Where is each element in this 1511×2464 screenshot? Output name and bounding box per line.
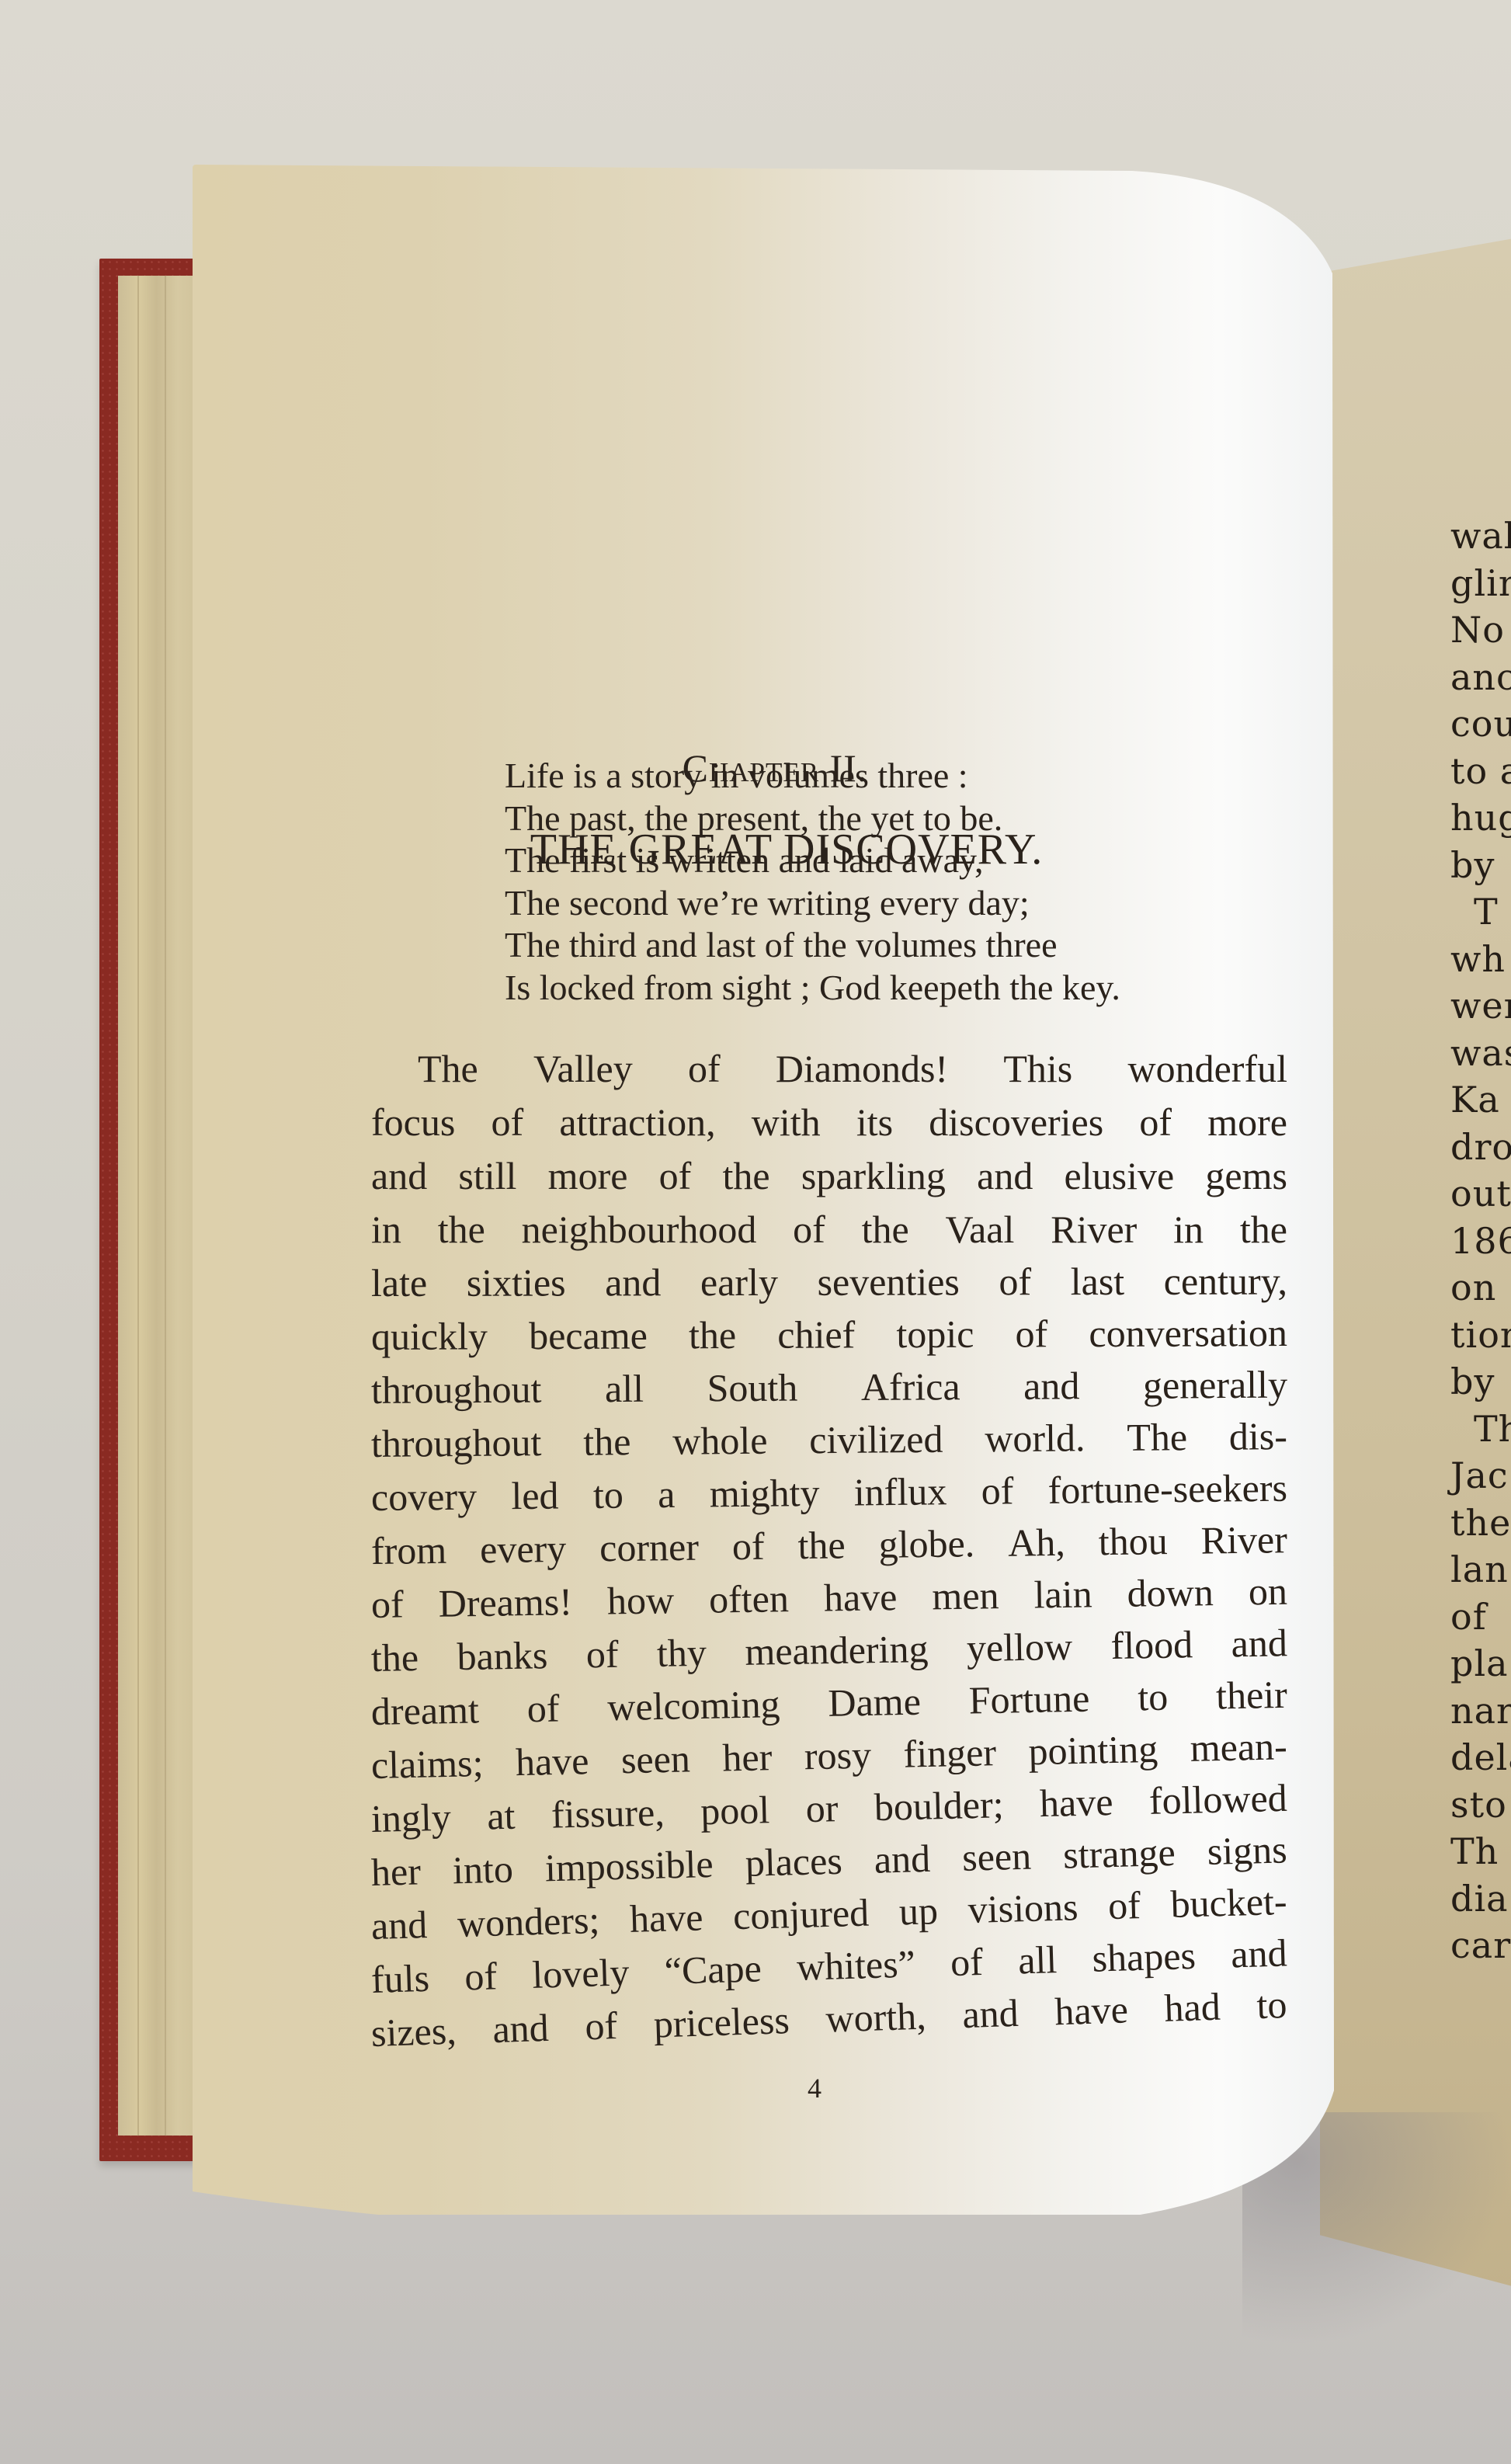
word: from (371, 1524, 447, 1578)
word: rosy (804, 1729, 872, 1784)
word: to (1256, 1978, 1287, 2032)
word: up (898, 1884, 939, 1938)
body-line: latesixtiesandearlyseventiesoflastcentur… (371, 1255, 1287, 1310)
right-page-line-fragment: Th (1450, 1828, 1511, 1875)
word: at (487, 1789, 516, 1844)
right-page-line-fragment: T (1450, 888, 1511, 936)
right-page-line-fragment: sto (1450, 1781, 1511, 1829)
page-number: 4 (808, 2072, 821, 2104)
word: lain (1033, 1567, 1092, 1621)
word: often (709, 1572, 790, 1626)
word: yellow (966, 1620, 1072, 1675)
word: have (515, 1734, 589, 1789)
word: in (371, 1203, 401, 1256)
word: fissure, (551, 1785, 665, 1841)
word: seventies (817, 1255, 959, 1308)
word: and (977, 1149, 1033, 1203)
word: Fortune (968, 1672, 1090, 1728)
word: wonders; (457, 1893, 600, 1951)
right-page-line-fragment: hug (1450, 794, 1511, 842)
right-page-line-fragment: dela (1450, 1734, 1511, 1781)
poem-line: The first is written and laid away, (505, 839, 1120, 882)
word: bucket- (1170, 1875, 1288, 1931)
word: ingly (370, 1791, 451, 1846)
right-page-line-fragment: by (1450, 842, 1511, 889)
word: on (1248, 1565, 1287, 1619)
word: led (511, 1468, 559, 1523)
word: mean- (1190, 1719, 1287, 1775)
right-page-line-fragment: nar (1450, 1687, 1511, 1735)
word: of (585, 1628, 619, 1682)
word: discoveries (929, 1096, 1103, 1149)
word: of (981, 1464, 1013, 1517)
body-line: intheneighbourhoodoftheVaalRiverinthe (371, 1203, 1287, 1256)
word: meandering (745, 1622, 929, 1679)
word: signs (1207, 1823, 1288, 1878)
word: still (458, 1149, 516, 1203)
right-page-text-fragments: walglinNoanccouto ahugbyTwhwerwasKadroou… (1450, 513, 1511, 1969)
word: claims; (370, 1736, 484, 1792)
word: and (961, 1986, 1019, 2042)
word: places (745, 1834, 843, 1890)
word: the (438, 1203, 485, 1256)
right-page-line-fragment: on (1450, 1264, 1511, 1312)
word: Vaal (946, 1203, 1015, 1256)
word: covery (371, 1470, 478, 1524)
word: flood (1110, 1618, 1193, 1673)
word: corner (599, 1520, 700, 1576)
word: more (1207, 1096, 1287, 1149)
word: The (418, 1042, 478, 1096)
book-photo: walglinNoanccouto ahugbyTwhwerwasKadroou… (0, 0, 1511, 2464)
word: River (1051, 1203, 1137, 1256)
right-page-line-fragment: wer (1450, 982, 1511, 1030)
word: have (1054, 1983, 1129, 2038)
word: chief (777, 1308, 855, 1361)
word: of (526, 1681, 560, 1736)
poem-line: The third and last of the volumes three (505, 924, 1120, 967)
body-line: throughoutallSouthAfricaandgenerally (371, 1358, 1287, 1417)
word: attraction, (559, 1096, 715, 1149)
word: of (370, 1577, 404, 1632)
word: topic (896, 1308, 974, 1361)
word: fortune-seekers (1047, 1461, 1287, 1517)
word: all (1017, 1933, 1058, 1987)
word: worth, (825, 1990, 926, 2046)
right-page-line-fragment: out (1450, 1170, 1511, 1218)
word: mighty (709, 1466, 819, 1520)
word: and (1230, 1926, 1287, 1981)
word: last (1071, 1255, 1125, 1308)
word: century, (1164, 1255, 1287, 1308)
right-page-line-fragment: Ka (1450, 1076, 1511, 1124)
word: the (797, 1518, 846, 1573)
right-page-line-fragment: wal (1450, 513, 1511, 560)
right-page-line-fragment: to a (1450, 748, 1511, 795)
word: have (1039, 1775, 1113, 1830)
word: how (606, 1573, 674, 1628)
word: early (700, 1256, 778, 1309)
word: men (932, 1569, 999, 1623)
word: dis- (1229, 1409, 1288, 1464)
body-line: throughoutthewholecivilizedworld.Thedis- (371, 1409, 1288, 1471)
right-page-line-fragment: Th (1450, 1406, 1511, 1453)
word: to (593, 1468, 624, 1522)
word: whole (672, 1414, 768, 1468)
word: and (492, 2001, 549, 2056)
word: seen (961, 1830, 1032, 1885)
word: of (491, 1096, 523, 1149)
word: and (1023, 1359, 1080, 1413)
word: or (805, 1781, 839, 1836)
word: pointing (1028, 1722, 1158, 1778)
word: of (793, 1203, 825, 1256)
body-line: quicklybecamethechieftopicofconversation (371, 1306, 1287, 1364)
word: Dame (828, 1675, 922, 1730)
word: sixties (467, 1256, 566, 1309)
word: River (1200, 1513, 1287, 1567)
word: sparkling (801, 1149, 946, 1203)
right-page-line-fragment: glin (1450, 560, 1511, 607)
right-page-line-fragment: the (1450, 1500, 1511, 1547)
word: Ah, (1008, 1516, 1065, 1570)
word: down (1127, 1566, 1214, 1621)
word: civilized (809, 1413, 943, 1467)
word: to (1138, 1670, 1169, 1725)
body-line: focusofattraction,withitsdiscoveriesofmo… (371, 1096, 1287, 1149)
word: gems (1205, 1149, 1287, 1203)
word: elusive (1065, 1149, 1175, 1203)
word: South (707, 1361, 797, 1416)
word: “Cape (664, 1941, 762, 1998)
word: every (480, 1522, 567, 1576)
right-page-line-fragment: wh (1450, 936, 1511, 983)
word: Africa (861, 1360, 960, 1414)
word: globe. (878, 1517, 974, 1572)
word: visions (967, 1880, 1079, 1937)
word: Valley (533, 1042, 633, 1096)
word: its (856, 1096, 893, 1149)
word: and (370, 1898, 428, 1953)
word: and (1231, 1616, 1287, 1670)
epigraph-poem: Life is a story in volumes three : The p… (505, 755, 1120, 1009)
word: of (688, 1042, 721, 1096)
right-page-line-fragment: of (1450, 1593, 1511, 1641)
word: followed (1148, 1771, 1287, 1828)
word: The (1127, 1410, 1187, 1465)
body-line: TheValleyofDiamonds!Thiswonderful (371, 1042, 1287, 1096)
poem-line: The second we’re writing every day; (505, 882, 1120, 925)
right-page-line-fragment: No (1450, 606, 1511, 654)
word: thou (1098, 1514, 1168, 1569)
word: throughout (371, 1416, 542, 1471)
right-page-line-fragment: by (1450, 1358, 1511, 1406)
word: in (1173, 1203, 1204, 1256)
word: Diamonds! (776, 1042, 948, 1096)
word: a (658, 1468, 676, 1521)
word: and (605, 1256, 661, 1309)
word: of (659, 1149, 692, 1203)
word: her (722, 1730, 773, 1785)
poem-line: Is locked from sight ; God keepeth the k… (505, 967, 1120, 1010)
word: their (1215, 1668, 1287, 1723)
word: the (723, 1149, 770, 1203)
right-page-line-fragment: lan (1450, 1546, 1511, 1593)
word: of (1139, 1096, 1172, 1149)
word: shapes (1092, 1929, 1197, 1986)
word: of (464, 1949, 498, 2004)
word: whites” (796, 1937, 916, 1993)
word: lovely (531, 1945, 630, 2002)
word: late (371, 1256, 427, 1310)
word: all (605, 1362, 644, 1416)
right-page-line-fragment: pla (1450, 1640, 1511, 1687)
word: the (862, 1203, 909, 1256)
word: the (689, 1308, 736, 1362)
word: sizes, (370, 2004, 457, 2060)
word: of (584, 1999, 618, 2053)
right-page-line-fragment: car (1450, 1922, 1511, 1969)
word: the (1240, 1203, 1287, 1256)
word: influx (853, 1465, 947, 1519)
word: into (452, 1842, 514, 1897)
word: more (548, 1149, 628, 1203)
word: pool (700, 1783, 769, 1838)
right-page-line-fragment: cou (1450, 700, 1511, 748)
word: thy (656, 1626, 707, 1680)
word: finger (903, 1725, 997, 1781)
word: became (529, 1309, 648, 1364)
right-page-line-fragment: tion (1450, 1312, 1511, 1359)
body-paragraph: TheValleyofDiamonds!Thiswonderfulfocusof… (371, 1042, 1287, 2060)
right-page-line-fragment: anc (1450, 654, 1511, 701)
word: have (823, 1570, 897, 1625)
word: of (1107, 1878, 1141, 1933)
word: and (874, 1832, 931, 1887)
right-page-line-fragment: Jac (1450, 1452, 1511, 1500)
poem-line: Life is a story in volumes three : (505, 755, 1120, 798)
page-block-edge (118, 276, 203, 2136)
word: impossible (544, 1837, 714, 1895)
word: wonderful (1127, 1042, 1287, 1096)
word: the (583, 1415, 631, 1469)
right-page-line-fragment: 186 (1450, 1218, 1511, 1265)
word: had (1163, 1980, 1221, 2035)
word: fuls (370, 1951, 430, 2007)
word: boulder; (874, 1778, 1004, 1834)
word: neighbourhood (522, 1203, 757, 1256)
word: of (950, 1935, 984, 1990)
word: throughout (371, 1363, 542, 1417)
word: and (371, 1149, 427, 1203)
word: the (370, 1631, 419, 1685)
word: her (370, 1844, 422, 1899)
word: conversation (1089, 1306, 1287, 1361)
word: focus (371, 1096, 455, 1149)
word: world. (985, 1411, 1085, 1465)
word: dreamt (370, 1683, 479, 1739)
left-page: Chapter II. THE GREAT DISCOVERY. Life is… (193, 165, 1334, 2215)
word: This (1003, 1042, 1072, 1096)
right-page-line-fragment: dia (1450, 1875, 1511, 1923)
poem-line: The past, the present, the yet to be. (505, 798, 1120, 840)
word: banks (457, 1628, 548, 1684)
word: of (1015, 1307, 1047, 1361)
body-line: andstillmoreofthesparklingandelusivegems (371, 1149, 1287, 1203)
word: generally (1143, 1358, 1287, 1413)
word: welcoming (607, 1677, 780, 1734)
word: quickly (371, 1309, 488, 1364)
word: with (752, 1096, 821, 1149)
word: priceless (653, 1993, 790, 2051)
word: of (731, 1520, 765, 1574)
right-page-line-fragment: was (1450, 1030, 1511, 1077)
word: have (629, 1890, 703, 1946)
word: Dreams! (438, 1575, 572, 1631)
word: conjured (732, 1886, 870, 1944)
word: seen (620, 1732, 690, 1787)
right-page-line-fragment: dro (1450, 1124, 1511, 1171)
word: of (999, 1255, 1031, 1308)
word: strange (1062, 1826, 1176, 1882)
